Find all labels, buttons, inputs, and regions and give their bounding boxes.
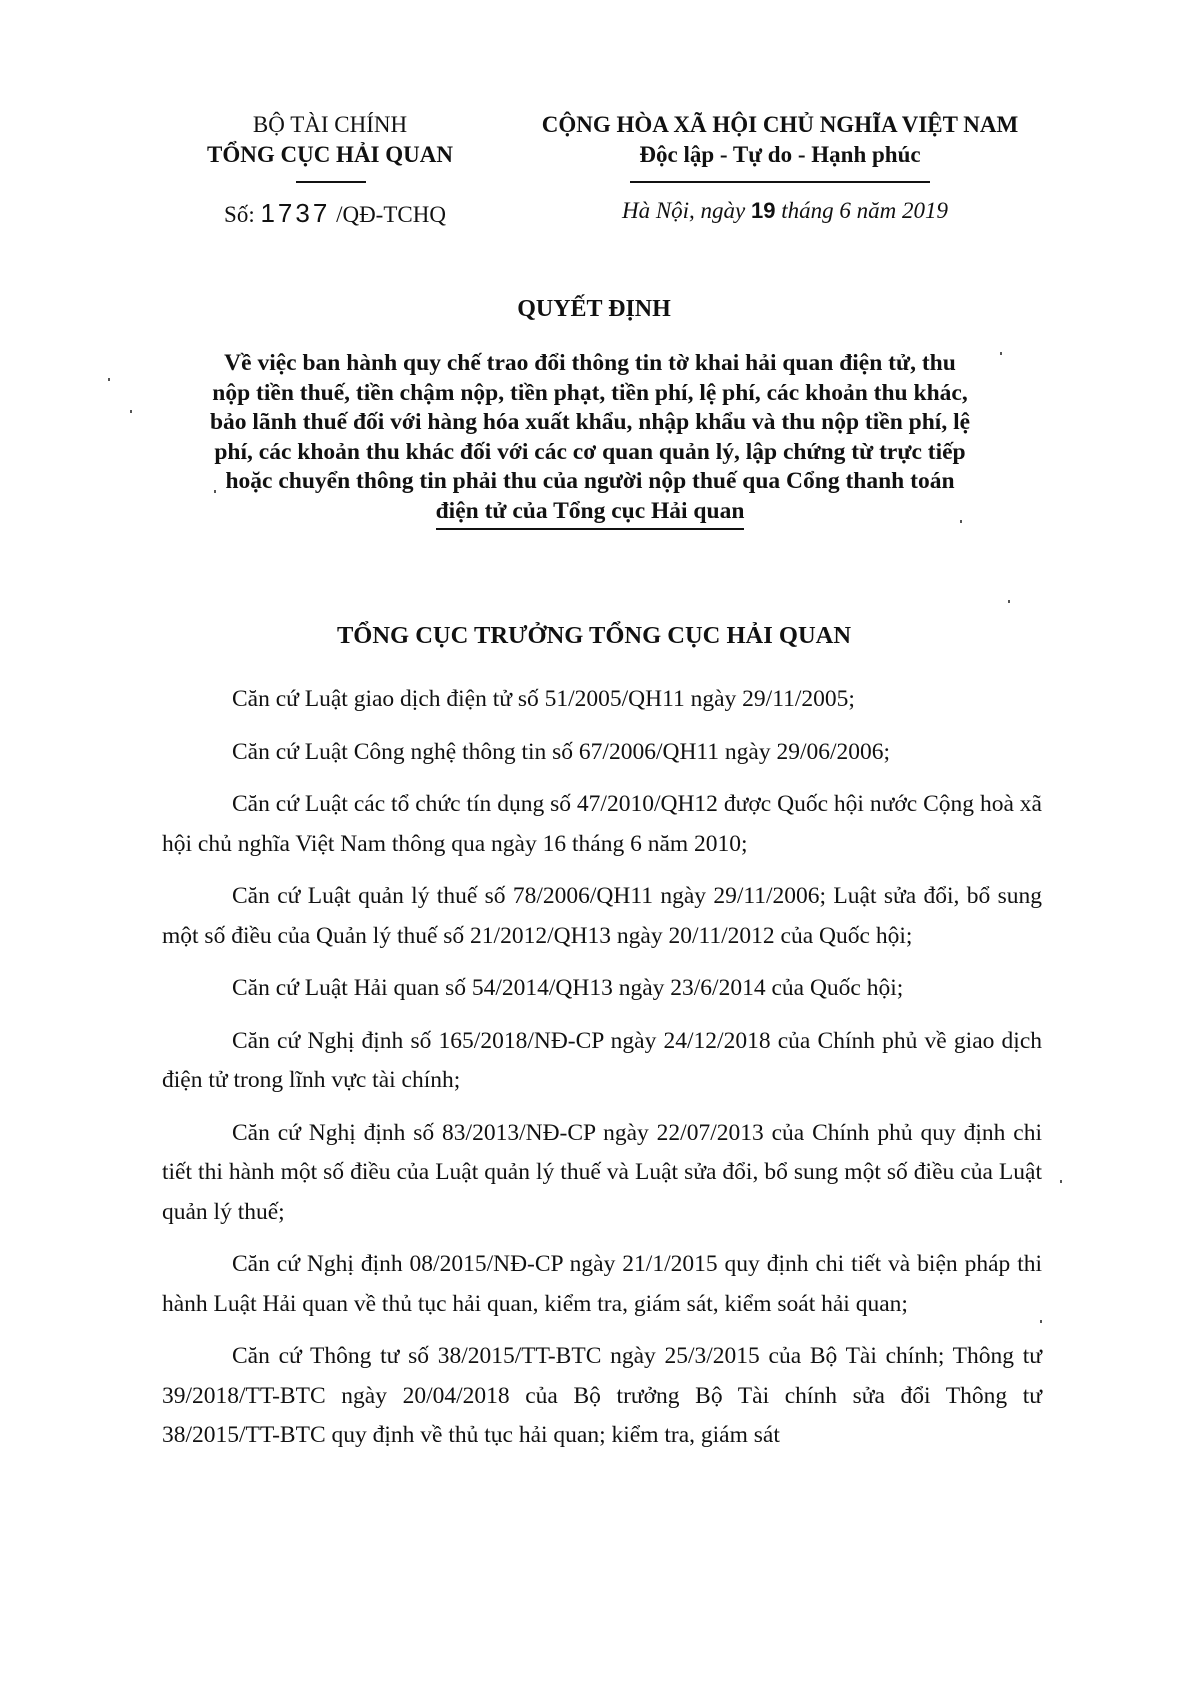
subject-line: điện tử của Tổng cục Hải quan [436,498,745,530]
subject-line: Về việc ban hành quy chế trao đổi thông … [150,349,1030,379]
document-subject: Về việc ban hành quy chế trao đổi thông … [150,349,1030,526]
date-day: 19 [751,198,775,223]
legal-basis-paragraph: Căn cứ Luật quản lý thuế số 78/2006/QH11… [162,877,1042,956]
ministry-name: BỘ TÀI CHÍNH [200,110,460,140]
issuing-authority: TỔNG CỤC TRƯỞNG TỔNG CỤC HẢI QUAN [0,622,1188,650]
subject-line: phí, các khoản thu khác đối với các cơ q… [150,438,1030,468]
legal-basis-paragraph: Căn cứ Nghị định số 165/2018/NĐ-CP ngày … [162,1022,1042,1101]
subject-line: nộp tiền thuế, tiền chậm nộp, tiền phạt,… [150,379,1030,409]
legal-basis-paragraph: Căn cứ Thông tư số 38/2015/TT-BTC ngày 2… [162,1337,1042,1456]
national-heading: CỘNG HÒA XÃ HỘI CHỦ NGHĨA VIỆT NAM Độc l… [520,110,1040,170]
issuing-agency: BỘ TÀI CHÍNH TỔNG CỤC HẢI QUAN [200,110,460,170]
legal-basis-paragraph: Căn cứ Nghị định 08/2015/NĐ-CP ngày 21/1… [162,1245,1042,1324]
document-title: QUYẾT ĐỊNH [0,296,1188,323]
date-rest: tháng 6 năm 2019 [781,198,948,223]
number-suffix: /QĐ-TCHQ [336,202,446,227]
legal-basis-paragraph: Căn cứ Nghị định số 83/2013/NĐ-CP ngày 2… [162,1114,1042,1233]
number-value: 1737 [260,198,330,228]
legal-basis-paragraph: Căn cứ Luật Công nghệ thông tin số 67/20… [162,733,1042,773]
legal-basis-paragraph: Căn cứ Luật Hải quan số 54/2014/QH13 ngà… [162,969,1042,1009]
republic-name: CỘNG HÒA XÃ HỘI CHỦ NGHĨA VIỆT NAM [520,110,1040,140]
number-prefix: Số: [224,202,255,227]
national-motto: Độc lập - Tự do - Hạnh phúc [520,140,1040,170]
legal-basis-paragraph: Căn cứ Luật giao dịch điện tử số 51/2005… [162,680,1042,720]
legal-basis-paragraph: Căn cứ Luật các tổ chức tín dụng số 47/2… [162,785,1042,864]
agency-divider [296,181,366,183]
date-prefix: Hà Nội, ngày [622,198,745,223]
document-number: Số: 1737 /QĐ-TCHQ [200,198,470,229]
department-name: TỔNG CỤC HẢI QUAN [200,140,460,170]
subject-line: bảo lãnh thuế đối với hàng hóa xuất khẩu… [150,408,1030,438]
motto-divider [630,181,930,183]
document-body: Căn cứ Luật giao dịch điện tử số 51/2005… [162,680,1042,1469]
subject-line: hoặc chuyển thông tin phải thu của người… [150,467,1030,497]
issue-date: Hà Nội, ngày 19 tháng 6 năm 2019 [560,198,1010,224]
